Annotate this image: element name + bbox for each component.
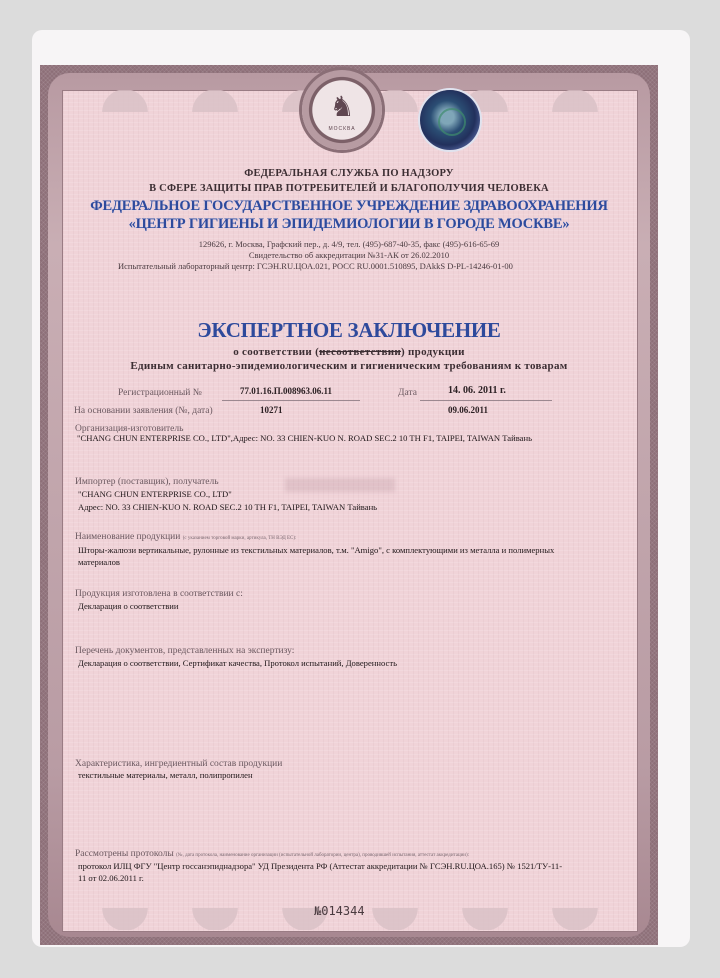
date-underline xyxy=(420,400,552,401)
protocols-label-note: (№, дата протокола, наименование организ… xyxy=(176,853,469,858)
importer-name: "CHANG CHUN ENTERPRISE CO., LTD" xyxy=(78,489,232,499)
docs-label: Перечень документов, представленных на э… xyxy=(75,646,294,656)
application-number: 10271 xyxy=(260,405,283,415)
document-title: ЭКСПЕРТНОЕ ЗАКЛЮЧЕНИЕ xyxy=(62,318,636,343)
header-address: 129626, г. Москва, Графский пер., д. 4/9… xyxy=(62,239,636,249)
document-subtitle-line2: Единым санитарно-эпидемиологическим и ги… xyxy=(62,360,636,372)
product-label: Наименование продукции (с указанием торг… xyxy=(75,532,296,542)
product-label-note: (с указанием торговой марки, артикула, Т… xyxy=(183,536,297,541)
importer-label: Импортер (поставщик), получатель xyxy=(75,477,219,487)
emblem-label: МОСКВА xyxy=(302,126,382,132)
protocols-label-text: Рассмотрены протоколы xyxy=(75,849,174,859)
protocols-label: Рассмотрены протоколы (№, дата протокола… xyxy=(75,849,469,859)
moscow-emblem: ♞ МОСКВА xyxy=(302,70,382,150)
composition-value: текстильные материалы, металл, полипропи… xyxy=(78,770,253,780)
reg-number-label: Регистрационный № xyxy=(118,388,202,398)
date-value: 14. 06. 2011 г. xyxy=(448,385,506,396)
faded-watermark xyxy=(285,478,395,492)
date-label: Дата xyxy=(398,388,417,398)
hologram-seal-icon xyxy=(420,90,480,150)
coat-of-arms-icon: ♞ xyxy=(302,90,382,124)
subtitle-prefix: о соответствии ( xyxy=(233,346,319,358)
header-lab-center: Испытательный лабораторный центр: ГСЭН.R… xyxy=(118,261,513,271)
product-value-line1: Шторы-жалюзи вертикальные, рулонные из т… xyxy=(78,545,554,555)
header-agency-line2: В СФЕРЕ ЗАЩИТЫ ПРАВ ПОТРЕБИТЕЛЕЙ И БЛАГО… xyxy=(62,183,636,194)
header-org-line1: ФЕДЕРАЛЬНОЕ ГОСУДАРСТВЕННОЕ УЧРЕЖДЕНИЕ З… xyxy=(62,198,636,215)
application-date: 09.06.2011 xyxy=(448,405,488,415)
header-agency-line1: ФЕДЕРАЛЬНАЯ СЛУЖБА ПО НАДЗОРУ xyxy=(62,168,636,179)
serial-number: №014344 xyxy=(314,904,365,918)
protocols-value-line1: протокол ИЛЦ ФГУ "Центр госсанэпиднадзор… xyxy=(78,861,562,871)
product-label-text: Наименование продукции xyxy=(75,532,180,542)
product-value-line2: материалов xyxy=(78,557,120,567)
made-per-value: Декларация о соответствии xyxy=(78,601,178,611)
composition-label: Характеристика, ингредиентный состав про… xyxy=(75,759,282,769)
document-subtitle: о соответствии (несоответствии) продукци… xyxy=(62,346,636,358)
application-label: На основании заявления (№, дата) xyxy=(74,406,213,416)
made-per-label: Продукция изготовлена в соответствии с: xyxy=(75,589,243,599)
subtitle-struck: несоответствии xyxy=(319,346,401,358)
importer-address: Адрес: NO. 33 CHIEN-KUO N. ROAD SEC.2 10… xyxy=(78,502,377,512)
docs-value: Декларация о соответствии, Сертификат ка… xyxy=(78,658,397,668)
manufacturer-value: "CHANG CHUN ENTERPRISE CO., LTD",Адрес: … xyxy=(77,433,532,443)
reg-number-underline xyxy=(222,400,360,401)
header-accreditation: Свидетельство об аккредитации №31-АК от … xyxy=(62,250,636,260)
subtitle-suffix: ) продукции xyxy=(401,346,465,358)
header-org-line2: «ЦЕНТР ГИГИЕНЫ И ЭПИДЕМИОЛОГИИ В ГОРОДЕ … xyxy=(62,216,636,233)
protocols-value-line2: 11 от 02.06.2011 г. xyxy=(78,873,144,883)
reg-number-value: 77.01.16.П.008963.06.11 xyxy=(240,386,332,396)
